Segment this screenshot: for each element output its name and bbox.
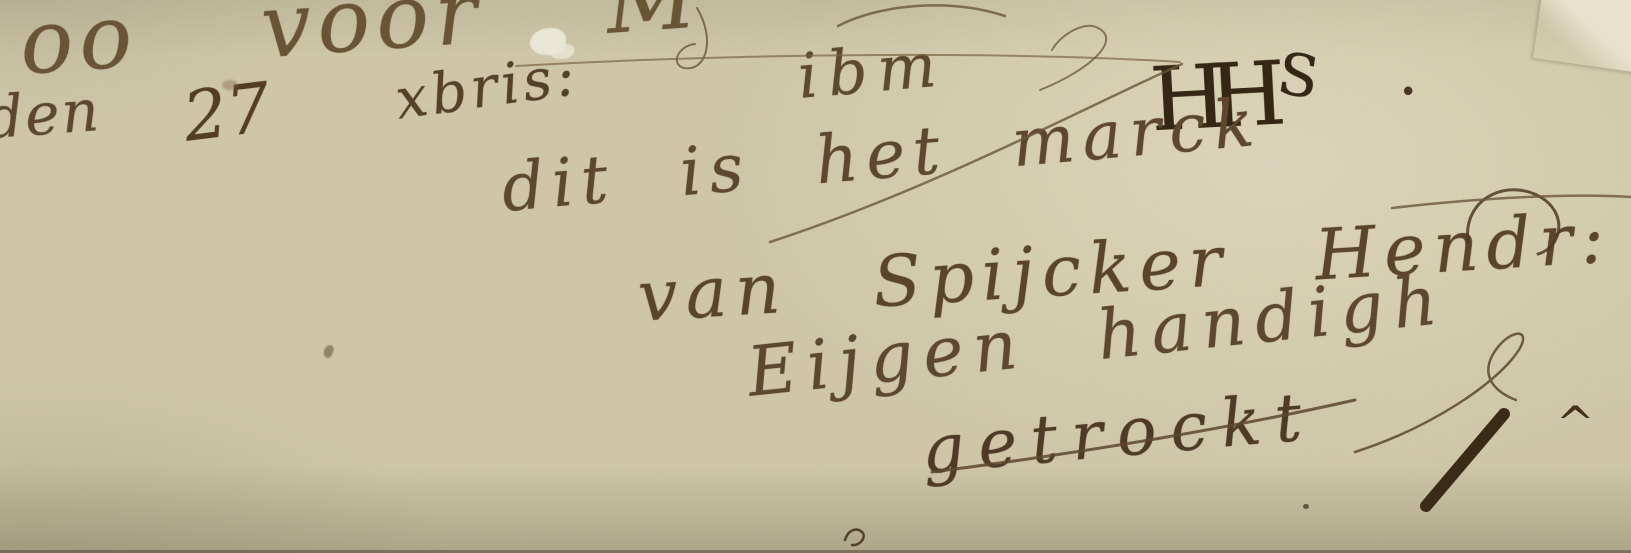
ink-comma-speck: [322, 344, 335, 359]
getrockt-loop-flourish: [1355, 334, 1523, 452]
top-edge-flourish: [838, 5, 1005, 26]
ink-dot-speck: [1303, 504, 1309, 509]
paper-damage-spot: [530, 28, 566, 55]
handwriting-top-line: oo voor M: [16, 0, 705, 95]
torn-paper-corner: [1533, 0, 1631, 73]
thick-final-downstroke: [1426, 414, 1504, 506]
handwriting-place-abbrev: ibm: [795, 27, 949, 113]
manuscript-photo: oo voor M den 27 xbris: ibm HHS . dit is…: [0, 0, 1631, 553]
caret-mark: ^: [1556, 396, 1595, 450]
handwriting-statement-line-4: getrockt: [919, 378, 1319, 489]
ink-smudge-speck: [222, 80, 238, 90]
ibm-swash: [1040, 26, 1106, 90]
handwriting-word-den: den: [0, 76, 103, 152]
monogram-period: .: [1398, 36, 1418, 110]
bottom-edge-hook: [845, 530, 864, 545]
